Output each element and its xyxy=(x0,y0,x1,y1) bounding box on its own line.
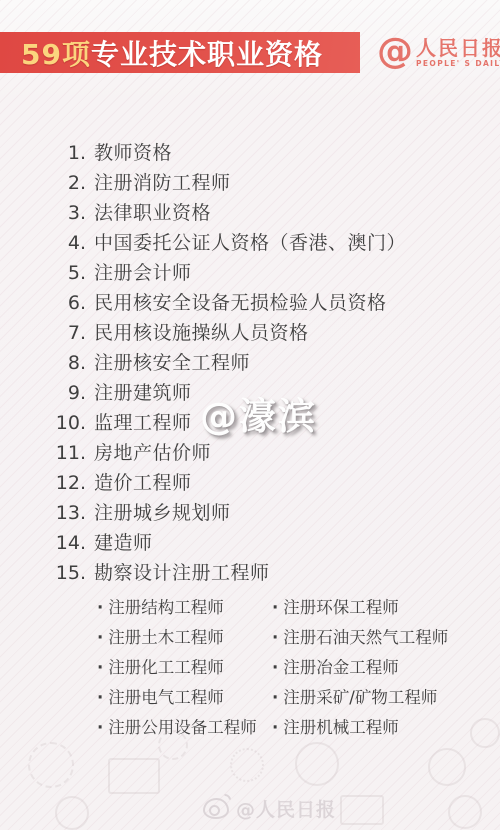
title-banner: 59项专业技术职业资格 xyxy=(0,32,360,73)
sub-item-label: 注册冶金工程师 xyxy=(283,653,399,683)
list-item: 4.中国委托公证人资格（香港、澳门） xyxy=(0,228,500,258)
item-label: 教师资格 xyxy=(94,138,172,168)
list-item: 15.勘察设计注册工程师 xyxy=(0,558,500,588)
item-label: 勘察设计注册工程师 xyxy=(94,558,270,588)
bullet-icon: · xyxy=(272,593,278,623)
bullet-icon: · xyxy=(97,683,103,713)
list-item: 13.注册城乡规划师 xyxy=(0,498,500,528)
item-label: 中国委托公证人资格（香港、澳门） xyxy=(94,228,406,258)
sub-list-item: ·注册机械工程师 xyxy=(272,713,399,743)
qualification-list: 1.教师资格 2.注册消防工程师 3.法律职业资格 4.中国委托公证人资格（香港… xyxy=(0,138,500,588)
list-item: 6.民用核安全设备无损检验人员资格 xyxy=(0,288,500,318)
sub-item-label: 注册公用设备工程师 xyxy=(108,713,257,743)
watermark-haobin: @濠滨 xyxy=(200,386,317,440)
list-item: 5.注册会计师 xyxy=(0,258,500,288)
sub-item-label: 注册电气工程师 xyxy=(108,683,224,713)
sub-list-row: ·注册公用设备工程师 ·注册机械工程师 xyxy=(0,713,500,743)
sub-list-item: ·注册环保工程师 xyxy=(272,593,399,623)
logo-subtitle: PEOPLE' S DAILY xyxy=(416,59,500,68)
circle-doodle-icon xyxy=(295,742,339,786)
infographic-page: 59项专业技术职业资格 @ 人民日报 PEOPLE' S DAILY 1.教师资… xyxy=(0,0,500,830)
item-number: 9. xyxy=(0,378,86,408)
list-item: 7.民用核设施操纵人员资格 xyxy=(0,318,500,348)
list-item: 3.法律职业资格 xyxy=(0,198,500,228)
sub-list-row: ·注册电气工程师 ·注册采矿/矿物工程师 xyxy=(0,683,500,713)
circle-doodle-icon xyxy=(448,795,482,829)
peoples-daily-logo: @ 人民日报 PEOPLE' S DAILY xyxy=(377,33,500,71)
item-label: 建造师 xyxy=(94,528,153,558)
sub-list-item: ·注册石油天然气工程师 xyxy=(272,623,448,653)
weibo-icon xyxy=(203,798,229,819)
item-number: 6. xyxy=(0,288,86,318)
at-icon: @ xyxy=(377,33,413,71)
sub-qualification-list: ·注册结构工程师 ·注册环保工程师 ·注册土木工程师 ·注册石油天然气工程师 ·… xyxy=(0,593,500,743)
item-number: 14. xyxy=(0,528,86,558)
bullet-icon: · xyxy=(272,623,278,653)
sub-item-label: 注册土木工程师 xyxy=(108,623,224,653)
list-item: 8.注册核安全工程师 xyxy=(0,348,500,378)
list-item: 11.房地产估价师 xyxy=(0,438,500,468)
sub-list-item: ·注册公用设备工程师 xyxy=(97,713,272,743)
list-item: 1.教师资格 xyxy=(0,138,500,168)
bullet-icon: · xyxy=(272,713,278,743)
item-number: 12. xyxy=(0,468,86,498)
list-item: 14.建造师 xyxy=(0,528,500,558)
bullet-icon: · xyxy=(97,713,103,743)
sub-list-item: ·注册化工工程师 xyxy=(97,653,272,683)
item-number: 2. xyxy=(0,168,86,198)
gear-doodle-icon xyxy=(28,742,74,788)
sub-list-item: ·注册采矿/矿物工程师 xyxy=(272,683,437,713)
sub-list-item: ·注册冶金工程师 xyxy=(272,653,399,683)
logo-name: 人民日报 xyxy=(416,37,500,59)
item-number: 10. xyxy=(0,408,86,438)
sub-list-row: ·注册结构工程师 ·注册环保工程师 xyxy=(0,593,500,623)
banner-highlight: 59项 xyxy=(21,33,91,73)
sub-list-item: ·注册土木工程师 xyxy=(97,623,272,653)
bullet-icon: · xyxy=(97,623,103,653)
item-number: 8. xyxy=(0,348,86,378)
item-label: 造价工程师 xyxy=(94,468,192,498)
list-item: 12.造价工程师 xyxy=(0,468,500,498)
item-number: 5. xyxy=(0,258,86,288)
sub-list-item: ·注册结构工程师 xyxy=(97,593,272,623)
sub-list-row: ·注册化工工程师 ·注册冶金工程师 xyxy=(0,653,500,683)
item-number: 15. xyxy=(0,558,86,588)
item-number: 7. xyxy=(0,318,86,348)
bullet-icon: · xyxy=(97,653,103,683)
circle-doodle-icon xyxy=(428,748,466,786)
list-item: 2.注册消防工程师 xyxy=(0,168,500,198)
item-number: 11. xyxy=(0,438,86,468)
sub-item-label: 注册采矿/矿物工程师 xyxy=(283,683,437,713)
sub-item-label: 注册石油天然气工程师 xyxy=(283,623,448,653)
envelope-doodle-icon xyxy=(340,795,384,825)
sub-item-label: 注册机械工程师 xyxy=(283,713,399,743)
item-label: 民用核安全设备无损检验人员资格 xyxy=(94,288,387,318)
bullet-icon: · xyxy=(272,653,278,683)
item-label: 注册核安全工程师 xyxy=(94,348,250,378)
sub-item-label: 注册环保工程师 xyxy=(283,593,399,623)
gear-doodle-icon xyxy=(230,748,264,782)
item-number: 4. xyxy=(0,228,86,258)
item-label: 法律职业资格 xyxy=(94,198,211,228)
logo-text: 人民日报 PEOPLE' S DAILY xyxy=(416,37,500,68)
weibo-watermark: @人民日报 xyxy=(203,795,336,822)
item-number: 13. xyxy=(0,498,86,528)
bullet-icon: · xyxy=(97,593,103,623)
item-label: 注册消防工程师 xyxy=(94,168,231,198)
item-label: 注册城乡规划师 xyxy=(94,498,231,528)
sub-list-row: ·注册土木工程师 ·注册石油天然气工程师 xyxy=(0,623,500,653)
sub-list-item: ·注册电气工程师 xyxy=(97,683,272,713)
sub-item-label: 注册结构工程师 xyxy=(108,593,224,623)
item-label: 房地产估价师 xyxy=(94,438,211,468)
circle-doodle-icon xyxy=(55,796,89,830)
bullet-icon: · xyxy=(272,683,278,713)
item-label: 注册建筑师 xyxy=(94,378,192,408)
sub-item-label: 注册化工工程师 xyxy=(108,653,224,683)
item-number: 3. xyxy=(0,198,86,228)
item-label: 民用核设施操纵人员资格 xyxy=(94,318,309,348)
weibo-watermark-text: @人民日报 xyxy=(236,795,336,822)
item-label: 监理工程师 xyxy=(94,408,192,438)
item-number: 1. xyxy=(0,138,86,168)
item-label: 注册会计师 xyxy=(94,258,192,288)
page-title: 专业技术职业资格 xyxy=(91,33,323,73)
envelope-doodle-icon xyxy=(108,758,160,794)
